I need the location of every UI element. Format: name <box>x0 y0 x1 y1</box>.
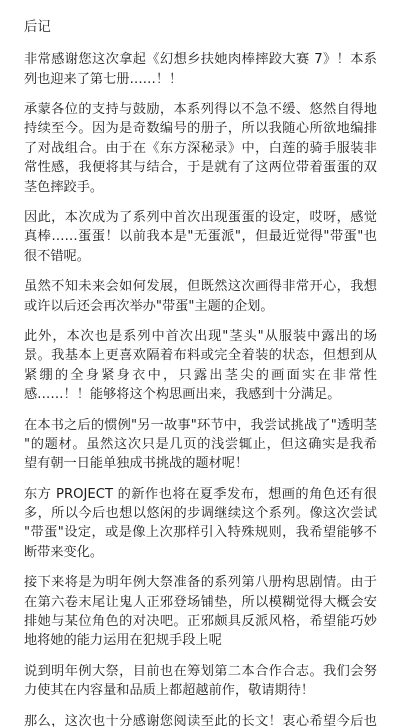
paragraph-new-release: 东方 PROJECT 的新作也将在夏季发布，想画的角色还有很 多，所以今后也想以… <box>24 485 377 563</box>
paragraph-support: 承蒙各位的支持与鼓励，本系列得以不急不缓、悠然自得地 持续至今。因为是奇数编号的… <box>24 100 377 197</box>
paragraph-line: 景。我基本上更喜欢隔着布料或完全着装的状态，但想到从 <box>24 346 377 365</box>
paragraph-line: 此外，本次也是系列中首次出现"茎头"从服装中露出的场 <box>24 327 377 346</box>
paragraph-another-story: 在本书之后的惯例"另一故事"环节中，我尝试挑战了"透明茎 "的题材。虽然这次只是… <box>24 416 377 474</box>
paragraph-line: 很不错呢。 <box>24 247 377 266</box>
paragraph-line: 虽然不知未来会如何发展，但既然这次画得非常开心，我想 <box>24 277 377 296</box>
paragraph-line: 那么，这次也十分感谢您阅读至此的长文！衷心希望今后也 <box>24 712 377 727</box>
paragraph-line: 接下来将是为明年例大祭准备的系列第八册构思剧情。由于 <box>24 573 377 592</box>
afterword-page[interactable]: 后记 非常感谢您这次拿起《幻想乡扶她肉棒摔跤大赛 7》！本系 列也迎来了第七册…… <box>0 0 377 727</box>
paragraph-setting: 因此，本次成为了系列中首次出现蛋蛋的设定，哎呀，感觉 真棒……蛋蛋！以前我本是"… <box>24 208 377 266</box>
paragraph-line: 望有朝一日能单独成书挑战的题材呢！ <box>24 454 377 473</box>
paragraph-line: 了对战组合。由于在《东方深秘录》中，白莲的骑手服装非 <box>24 139 377 158</box>
paragraph-line: 多，所以今后也想以悠闲的步调继续这个系列。像这次尝试 <box>24 504 377 523</box>
paragraph-line: 断带来变化。 <box>24 543 377 562</box>
paragraph-line: "的题材。虽然这次只是几页的浅尝辄止，但这确实是我希 <box>24 435 377 454</box>
page-title: 后记 <box>24 18 377 37</box>
paragraph-closing: 那么，这次也十分感谢您阅读至此的长文！衷心希望今后也 <box>24 712 377 727</box>
paragraph-line: 说到明年例大祭，目前也在筹划第二本合作合志。我们会努 <box>24 662 377 681</box>
paragraph-thanks: 非常感谢您这次拿起《幻想乡扶她肉棒摔跤大赛 7》！本系 列也迎来了第七册……！！ <box>24 50 377 89</box>
paragraph-line: 感……！！能够将这个构思画出来，我感到十分满足。 <box>24 385 377 404</box>
paragraph-line: 真棒……蛋蛋！以前我本是"无蛋派"，但最近觉得"带蛋"也 <box>24 227 377 246</box>
paragraph-future-plan: 虽然不知未来会如何发展，但既然这次画得非常开心，我想 或许以后还会再次举办"带蛋… <box>24 277 377 316</box>
paragraph-line: 在第六卷末尾让鬼人正邪登场铺垫，所以模糊觉得大概会安 <box>24 593 377 612</box>
paragraph-next-volume: 接下来将是为明年例大祭准备的系列第八册构思剧情。由于 在第六卷末尾让鬼人正邪登场… <box>24 573 377 651</box>
paragraph-line: 非常感谢您这次拿起《幻想乡扶她肉棒摔跤大赛 7》！本系 <box>24 50 377 69</box>
paragraph-collab: 说到明年例大祭，目前也在筹划第二本合作合志。我们会努 力使其在内容量和品质上都超… <box>24 662 377 701</box>
paragraph-line: 茎色摔跤手。 <box>24 178 377 197</box>
paragraph-line: 承蒙各位的支持与鼓励，本系列得以不急不缓、悠然自得地 <box>24 100 377 119</box>
paragraph-line: 或许以后还会再次举办"带蛋"主题的企划。 <box>24 297 377 316</box>
paragraph-line: "带蛋"设定，或是像上次那样引入特殊规则，我希望能够不 <box>24 523 377 542</box>
paragraph-costume: 此外，本次也是系列中首次出现"茎头"从服装中露出的场 景。我基本上更喜欢隔着布料… <box>24 327 377 405</box>
paragraph-line: 紧绷的全身紧身衣中，只露出茎尖的画面实在非常性 <box>24 366 377 385</box>
paragraph-line: 持续至今。因为是奇数编号的册子，所以我随心所欲地编排 <box>24 119 377 138</box>
paragraph-line: 东方 PROJECT 的新作也将在夏季发布，想画的角色还有很 <box>24 485 377 504</box>
paragraph-line: 列也迎来了第七册……！！ <box>24 70 377 89</box>
paragraph-line: 地将她的能力运用在犯规手段上呢 <box>24 631 377 650</box>
paragraph-line: 在本书之后的惯例"另一故事"环节中，我尝试挑战了"透明茎 <box>24 416 377 435</box>
paragraph-line: 常性感，我便将其与结合，于是就有了这两位带着蛋蛋的双 <box>24 158 377 177</box>
paragraph-line: 排她与某位角色的对决吧。正邪颇具反派风格，希望能巧妙 <box>24 612 377 631</box>
paragraph-line: 因此，本次成为了系列中首次出现蛋蛋的设定，哎呀，感觉 <box>24 208 377 227</box>
paragraph-line: 力使其在内容量和品质上都超越前作，敬请期待！ <box>24 681 377 700</box>
